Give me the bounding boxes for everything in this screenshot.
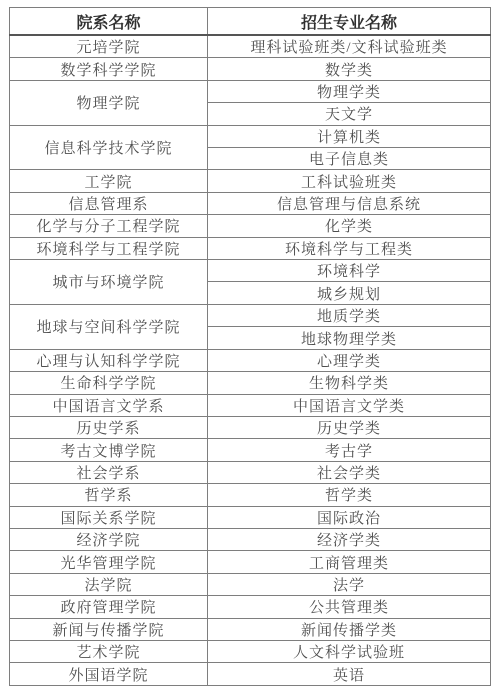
- table-body: 元培学院理科试验班类/文科试验班类数学科学学院数学类物理学院物理学类天文学信息科…: [10, 35, 491, 686]
- table-row: 社会学系社会学类: [10, 461, 491, 483]
- department-cell: 光华管理学院: [10, 551, 208, 573]
- department-cell: 国际关系学院: [10, 506, 208, 528]
- table-row: 化学与分子工程学院化学类: [10, 215, 491, 237]
- major-cell: 环境科学: [208, 260, 491, 282]
- major-cell: 历史学类: [208, 416, 491, 438]
- major-cell: 法学: [208, 573, 491, 595]
- table-row: 工学院工科试验班类: [10, 170, 491, 192]
- department-cell: 社会学系: [10, 461, 208, 483]
- major-cell: 公共管理类: [208, 596, 491, 618]
- major-cell: 社会学类: [208, 461, 491, 483]
- department-cell: 化学与分子工程学院: [10, 215, 208, 237]
- table-row: 哲学系哲学类: [10, 484, 491, 506]
- major-cell: 中国语言文学类: [208, 394, 491, 416]
- department-cell: 地球与空间科学学院: [10, 304, 208, 349]
- major-cell: 城乡规划: [208, 282, 491, 304]
- table-row: 生命科学学院生物科学类: [10, 372, 491, 394]
- major-cell: 考古学: [208, 439, 491, 461]
- major-cell: 计算机类: [208, 125, 491, 147]
- table-row: 经济学院经济学类: [10, 528, 491, 550]
- department-cell: 工学院: [10, 170, 208, 192]
- table-row: 考古文博学院考古学: [10, 439, 491, 461]
- department-cell: 物理学院: [10, 80, 208, 125]
- major-cell: 工科试验班类: [208, 170, 491, 192]
- table-row: 历史学系历史学类: [10, 416, 491, 438]
- major-cell: 信息管理与信息系统: [208, 192, 491, 214]
- major-cell: 工商管理类: [208, 551, 491, 573]
- header-row: 院系名称 招生专业名称: [10, 8, 491, 36]
- table-row: 数学科学学院数学类: [10, 58, 491, 80]
- major-cell: 经济学类: [208, 528, 491, 550]
- major-cell: 哲学类: [208, 484, 491, 506]
- table-row: 外国语学院英语: [10, 663, 491, 686]
- department-cell: 哲学系: [10, 484, 208, 506]
- department-cell: 环境科学与工程学院: [10, 237, 208, 259]
- major-cell: 心理学类: [208, 349, 491, 371]
- department-cell: 新闻与传播学院: [10, 618, 208, 640]
- table-row: 心理与认知科学学院心理学类: [10, 349, 491, 371]
- admissions-table: 院系名称 招生专业名称 元培学院理科试验班类/文科试验班类数学科学学院数学类物理…: [9, 7, 491, 686]
- major-cell: 物理学类: [208, 80, 491, 102]
- table-row: 环境科学与工程学院环境科学与工程类: [10, 237, 491, 259]
- department-cell: 生命科学学院: [10, 372, 208, 394]
- admissions-table-container: 院系名称 招生专业名称 元培学院理科试验班类/文科试验班类数学科学学院数学类物理…: [9, 7, 491, 686]
- major-cell: 新闻传播学类: [208, 618, 491, 640]
- table-row: 地球与空间科学学院地质学类: [10, 304, 491, 326]
- major-cell: 地球物理学类: [208, 327, 491, 349]
- department-cell: 经济学院: [10, 528, 208, 550]
- column-header-major: 招生专业名称: [208, 8, 491, 36]
- table-row: 中国语言文学系中国语言文学类: [10, 394, 491, 416]
- department-cell: 法学院: [10, 573, 208, 595]
- table-row: 物理学院物理学类: [10, 80, 491, 102]
- major-cell: 地质学类: [208, 304, 491, 326]
- major-cell: 数学类: [208, 58, 491, 80]
- table-row: 国际关系学院国际政治: [10, 506, 491, 528]
- table-row: 信息科学技术学院计算机类: [10, 125, 491, 147]
- department-cell: 考古文博学院: [10, 439, 208, 461]
- major-cell: 天文学: [208, 103, 491, 125]
- department-cell: 信息管理系: [10, 192, 208, 214]
- major-cell: 化学类: [208, 215, 491, 237]
- major-cell: 国际政治: [208, 506, 491, 528]
- major-cell: 环境科学与工程类: [208, 237, 491, 259]
- column-header-department: 院系名称: [10, 8, 208, 36]
- table-row: 光华管理学院工商管理类: [10, 551, 491, 573]
- table-row: 元培学院理科试验班类/文科试验班类: [10, 35, 491, 58]
- major-cell: 人文科学试验班: [208, 640, 491, 662]
- department-cell: 艺术学院: [10, 640, 208, 662]
- major-cell: 理科试验班类/文科试验班类: [208, 35, 491, 58]
- table-row: 政府管理学院公共管理类: [10, 596, 491, 618]
- table-row: 信息管理系信息管理与信息系统: [10, 192, 491, 214]
- department-cell: 中国语言文学系: [10, 394, 208, 416]
- department-cell: 政府管理学院: [10, 596, 208, 618]
- department-cell: 数学科学学院: [10, 58, 208, 80]
- table-row: 艺术学院人文科学试验班: [10, 640, 491, 662]
- major-cell: 生物科学类: [208, 372, 491, 394]
- department-cell: 历史学系: [10, 416, 208, 438]
- table-row: 新闻与传播学院新闻传播学类: [10, 618, 491, 640]
- major-cell: 电子信息类: [208, 148, 491, 170]
- major-cell: 英语: [208, 663, 491, 686]
- department-cell: 信息科学技术学院: [10, 125, 208, 170]
- department-cell: 心理与认知科学学院: [10, 349, 208, 371]
- table-row: 城市与环境学院环境科学: [10, 260, 491, 282]
- department-cell: 外国语学院: [10, 663, 208, 686]
- department-cell: 城市与环境学院: [10, 260, 208, 305]
- department-cell: 元培学院: [10, 35, 208, 58]
- table-row: 法学院法学: [10, 573, 491, 595]
